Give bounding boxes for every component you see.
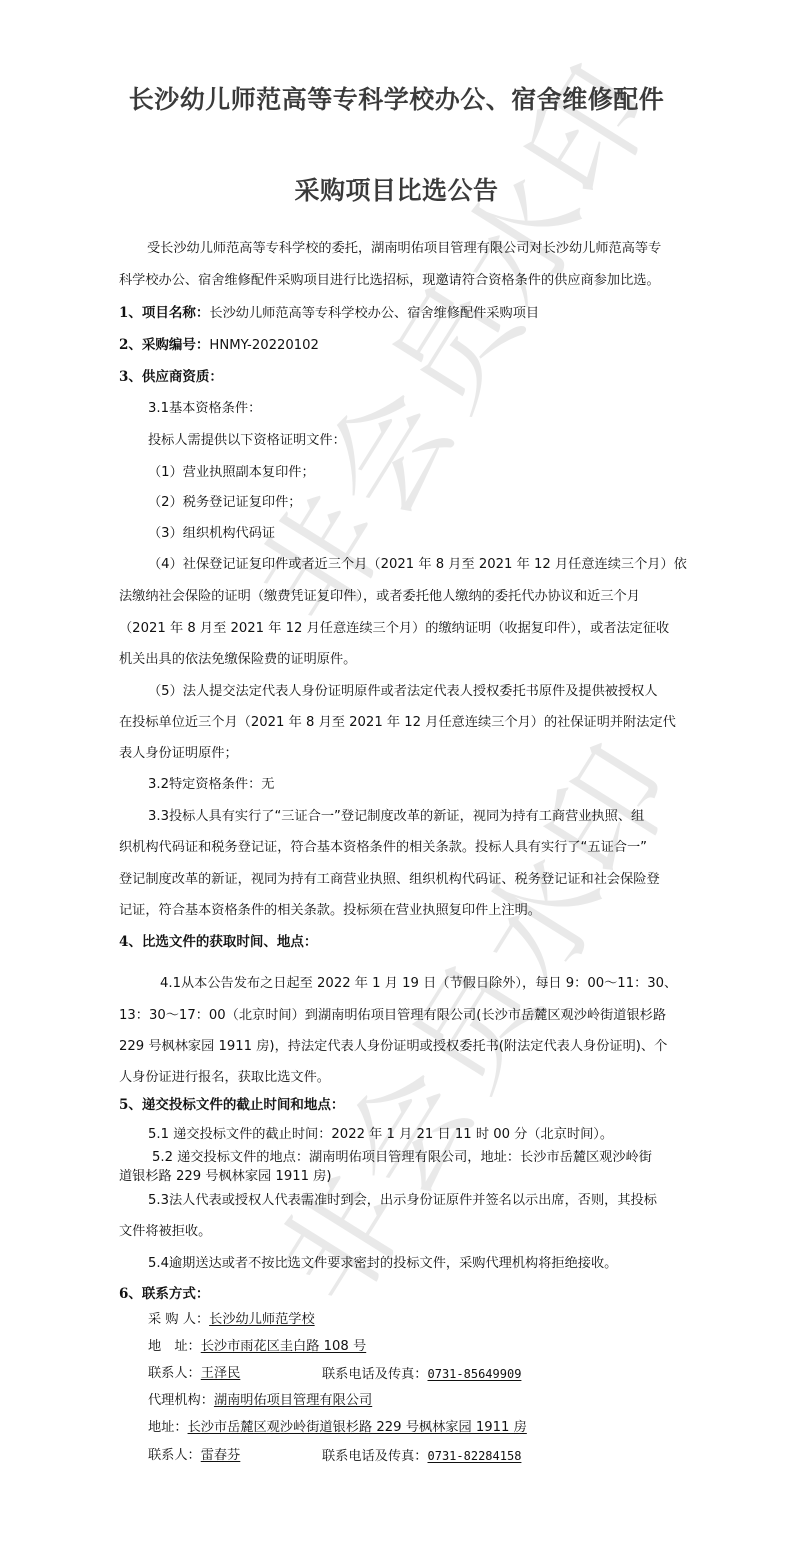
procurement-number-value: HNMY-20220102 bbox=[209, 338, 319, 353]
page-title-line2: 采购项目比选公告 bbox=[0, 171, 793, 207]
subsection-3-3-line2: 织机构代码证和税务登记证，符合基本资格条件的相关条款。投标人具有实行了“五证合一… bbox=[119, 840, 647, 856]
section-procurement-number: 2、采购编号：HNMY-20220102 bbox=[119, 337, 319, 354]
requirement-item-5-line2: 在投标单位近三个月（2021 年 8 月至 2021 年 12 月任意连续三个月… bbox=[119, 715, 676, 731]
subsection-5-3-line2: 文件将被拒收。 bbox=[119, 1224, 211, 1240]
agency-address-value: 长沙市岳麓区观沙岭街道银杉路 229 号枫林家园 1911 房 bbox=[188, 1420, 527, 1435]
phone-value: 0731-85649909 bbox=[428, 1367, 522, 1381]
phone-label: 联系电话及传真： bbox=[322, 1449, 428, 1464]
requirement-item-5-line1: （5）法人提交法定代表人身份证明原件或者法定代表人授权委托书原件及提供被授权人 bbox=[148, 684, 658, 700]
contact-value: 雷春芬 bbox=[201, 1448, 241, 1463]
requirement-item-4-line1: （4）社保登记证复印件或者近三个月（2021 年 8 月至 2021 年 12 … bbox=[148, 557, 687, 573]
requirement-item-4-line2: 法缴纳社会保险的证明（缴费凭证复印件），或者委托他人缴纳的委托代办协议和近三个月 bbox=[119, 589, 640, 605]
section-heading: 2、采购编号： bbox=[119, 337, 209, 353]
intro-paragraph-line1: 受长沙幼儿师范高等专科学校的委托，湖南明佑项目管理有限公司对长沙幼儿师范高等专 bbox=[147, 241, 661, 257]
address-value: 长沙市雨花区圭白路 108 号 bbox=[201, 1339, 366, 1354]
subsection-5-3-line1: 5.3法人代表或授权人代表需准时到会，出示身份证原件并签名以示出席，否则，其投标 bbox=[148, 1193, 657, 1209]
subsection-5-4: 5.4逾期送达或者不按比选文件要求密封的投标文件，采购代理机构将拒绝接收。 bbox=[148, 1256, 617, 1272]
subsection-5-2-line2: 道银杉路 229 号枫林家园 1911 房) bbox=[119, 1169, 332, 1185]
subsection-4-1-line3: 229 号枫林家园 1911 房)，持法定代表人身份证明或授权委托书(附法定代表… bbox=[119, 1039, 667, 1055]
subsection-5-2-line1: 5.2 递交投标文件的地点：湖南明佑项目管理有限公司，地址：长沙市岳麓区观沙岭街 bbox=[152, 1150, 652, 1166]
requirement-item-5-line3: 表人身份证明原件； bbox=[119, 746, 238, 762]
subsection-4-1-line2: 13：30～17：00（北京时间）到湖南明佑项目管理有限公司(长沙市岳麓区观沙岭… bbox=[119, 1008, 666, 1024]
requirement-item-4-line4: 机关出具的依法免缴保险费的证明原件。 bbox=[119, 652, 356, 668]
phone-value: 0731-82284158 bbox=[428, 1449, 522, 1463]
section-heading-qualifications: 3、供应商资质： bbox=[119, 369, 223, 385]
contact-value: 王泽民 bbox=[201, 1366, 241, 1381]
phone-label: 联系电话及传真： bbox=[322, 1367, 428, 1382]
requirement-item-3: （3）组织机构代码证 bbox=[148, 526, 275, 542]
section-heading: 1、项目名称： bbox=[119, 305, 209, 321]
contact-label: 联系人： bbox=[148, 1366, 201, 1381]
section-heading-submission: 5、递交投标文件的截止时间和地点： bbox=[119, 1097, 344, 1113]
requirement-item-2: （2）税务登记证复印件； bbox=[148, 495, 301, 511]
purchaser-value: 长沙幼儿师范学校 bbox=[209, 1312, 315, 1327]
purchaser-phone-row: 联系电话及传真：0731-85649909 bbox=[322, 1366, 521, 1383]
subsection-3-2: 3.2特定资格条件：无 bbox=[148, 777, 274, 793]
subsection-3-1-intro: 投标人需提供以下资格证明文件： bbox=[148, 433, 346, 449]
address-label: 地 址： bbox=[148, 1339, 201, 1354]
agency-address-row: 地址：长沙市岳麓区观沙岭街道银杉路 229 号枫林家园 1911 房 bbox=[148, 1420, 527, 1436]
subsection-3-3-line1: 3.3投标人具有实行了“三证合一”登记制度改革的新证，视同为持有工商营业执照、组 bbox=[148, 809, 644, 825]
requirement-item-1: （1）营业执照副本复印件； bbox=[148, 465, 315, 481]
intro-paragraph-line2: 科学校办公、宿舍维修配件采购项目进行比选招标，现邀请符合资格条件的供应商参加比选… bbox=[119, 273, 660, 289]
project-name-value: 长沙幼儿师范高等专科学校办公、宿舍维修配件采购项目 bbox=[209, 306, 539, 321]
agency-address-label: 地址： bbox=[148, 1420, 188, 1435]
subsection-3-3-line3: 登记制度改革的新证，视同为持有工商营业执照、组织机构代码证、税务登记证和社会保险… bbox=[119, 872, 660, 888]
agency-label: 代理机构： bbox=[148, 1393, 214, 1408]
agency-row: 代理机构：湖南明佑项目管理有限公司 bbox=[148, 1393, 372, 1409]
section-heading-contact: 6、联系方式： bbox=[119, 1286, 209, 1302]
subsection-3-1: 3.1基本资格条件： bbox=[148, 401, 261, 417]
page-title-line1: 长沙幼儿师范高等专科学校办公、宿舍维修配件 bbox=[0, 80, 793, 116]
agency-value: 湖南明佑项目管理有限公司 bbox=[214, 1393, 372, 1408]
agency-contact-row: 联系人：雷春芬 bbox=[148, 1448, 240, 1464]
subsection-4-1-line1: 4.1从本公告发布之日起至 2022 年 1 月 19 日（节假日除外），每日 … bbox=[160, 976, 677, 992]
agency-phone-row: 联系电话及传真：0731-82284158 bbox=[322, 1448, 521, 1465]
contact-label: 联系人： bbox=[148, 1448, 201, 1463]
purchaser-label: 采 购 人： bbox=[148, 1312, 209, 1327]
subsection-5-1: 5.1 递交投标文件的截止时间：2022 年 1 月 21 日 11 时 00 … bbox=[148, 1127, 613, 1143]
requirement-item-4-line3: （2021 年 8 月至 2021 年 12 月任意连续三个月）的缴纳证明（收据… bbox=[119, 621, 669, 637]
purchaser-address-row: 地 址：长沙市雨花区圭白路 108 号 bbox=[148, 1339, 366, 1355]
subsection-4-1-line4: 人身份证进行报名，获取比选文件。 bbox=[119, 1070, 330, 1086]
subsection-3-3-line4: 记证，符合基本资格条件的相关条款。投标须在营业执照复印件上注明。 bbox=[119, 903, 541, 919]
section-heading-document-acquisition: 4、比选文件的获取时间、地点： bbox=[119, 934, 317, 950]
section-project-name: 1、项目名称：长沙幼儿师范高等专科学校办公、宿舍维修配件采购项目 bbox=[119, 305, 539, 322]
purchaser-contact-row: 联系人：王泽民 bbox=[148, 1366, 240, 1382]
purchaser-row: 采 购 人：长沙幼儿师范学校 bbox=[148, 1312, 315, 1328]
watermark: 非会员水印 非会员水印 bbox=[0, 0, 793, 1544]
